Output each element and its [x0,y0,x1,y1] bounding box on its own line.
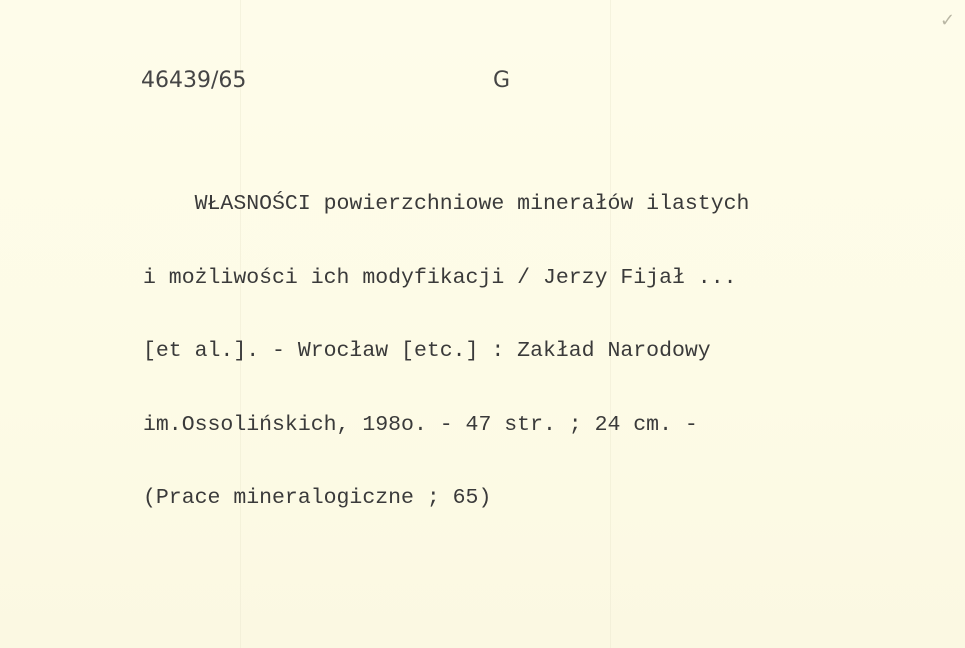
catalog-card: 46439/65 G WŁASNOŚCI powierzchniowe mine… [0,0,965,648]
description-line-1: WŁASNOŚCI powierzchniowe minerałów ilast… [143,192,749,217]
description-line-3: [et al.]. - Wrocław [etc.] : Zakład Naro… [143,339,749,364]
grade-mark: G [493,68,510,93]
description-line-4: im.Ossolińskich, 198o. - 47 str. ; 24 cm… [143,413,749,438]
description-line-5: (Prace mineralogiczne ; 65) [143,486,749,511]
check-mark-icon: ✓ [940,10,958,30]
bibliographic-description: WŁASNOŚCI powierzchniowe minerałów ilast… [143,143,749,560]
description-line-2: i możliwości ich modyfikacji / Jerzy Fij… [143,266,749,291]
call-number: 46439/65 [141,68,246,93]
